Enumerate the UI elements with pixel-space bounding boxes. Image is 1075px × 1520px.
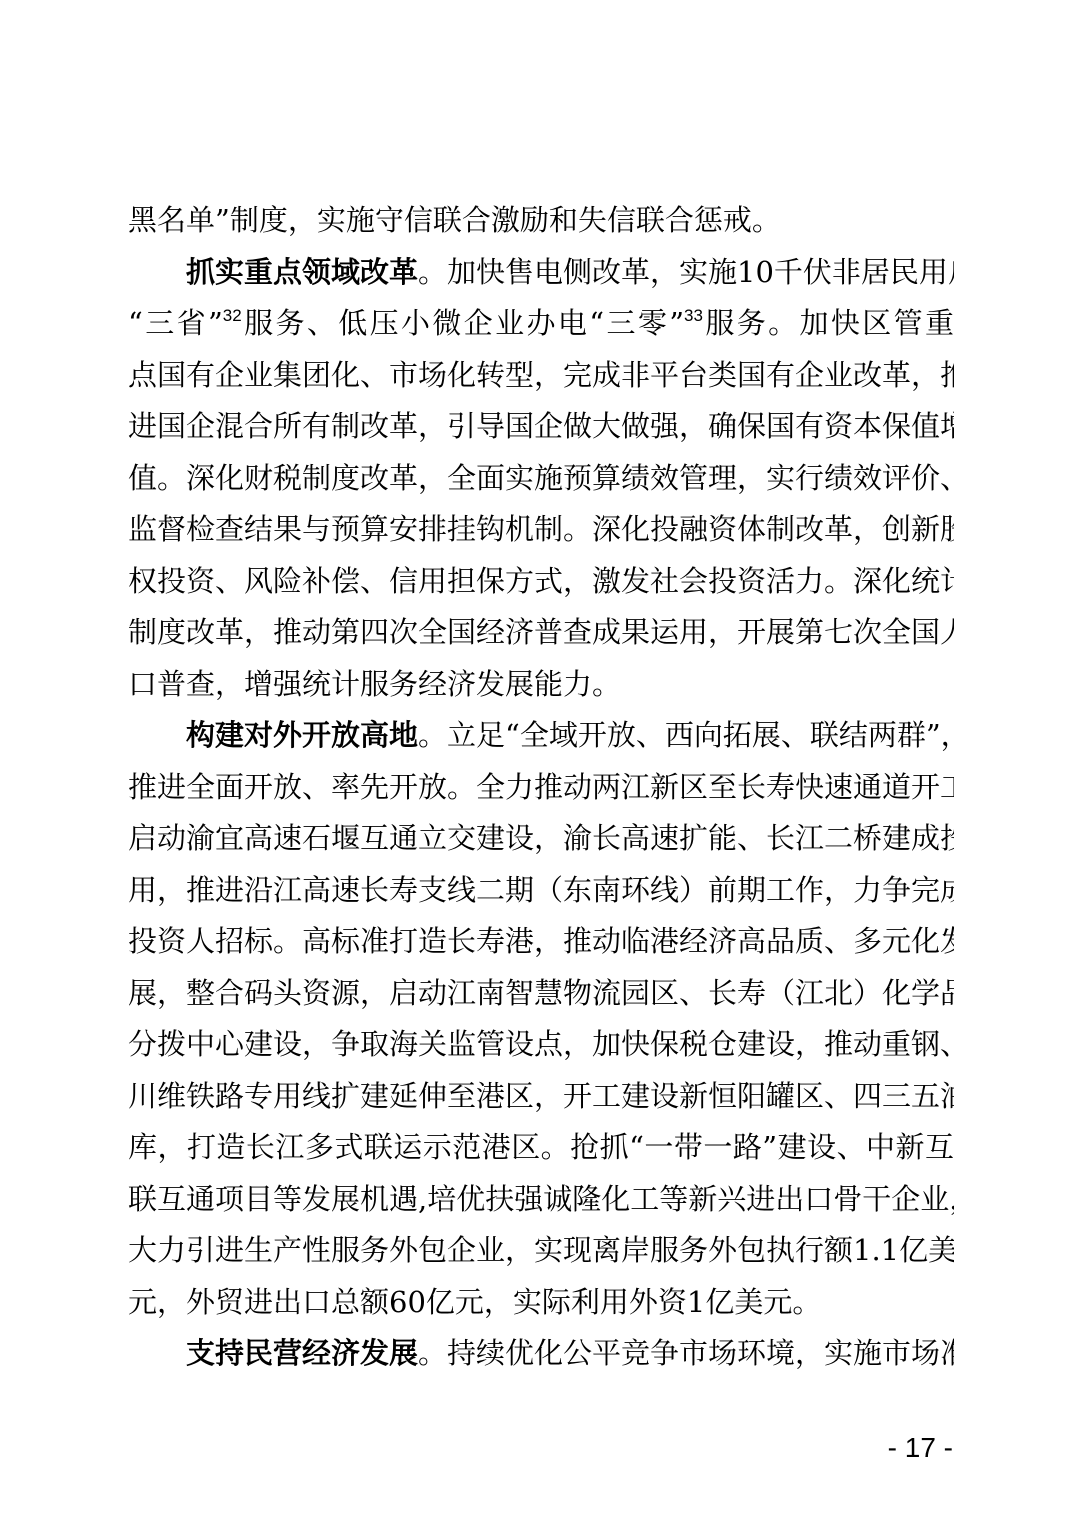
text-line: 启动渝宜高速石堰互通立交建设，渝长高速扩能、长江二桥建成投	[128, 813, 954, 865]
paragraph-start: 抓实重点领域改革。加快售电侧改革，实施10千伏非居民用户	[128, 247, 954, 299]
section-heading: 构建对外开放高地	[186, 718, 418, 752]
text-line: 值。深化财税制度改革，全面实施预算绩效管理，实行绩效评价、	[128, 453, 954, 505]
footnote-ref[interactable]: 32	[223, 306, 242, 325]
text-run: 。立足“全域开放、西向拓展、联结两群”，	[418, 718, 954, 752]
text-line: 分拨中心建设，争取海关监管设点，加快保税仓建设，推动重钢、	[128, 1019, 954, 1071]
document-body: 黑名单”制度，实施守信联合激励和失信联合惩戒。 抓实重点领域改革。加快售电侧改革…	[128, 195, 954, 1380]
footnote-ref[interactable]: 33	[684, 306, 703, 325]
text-line: 进国企混合所有制改革，引导国企做大做强，确保国有资本保值增	[128, 401, 954, 453]
text-line: 库，打造长江多式联运示范港区。抢抓“一带一路”建设、中新互	[128, 1122, 954, 1174]
text-line: 权投资、风险补偿、信用担保方式，激发社会投资活力。深化统计	[128, 556, 954, 608]
page-number: - 17 -	[888, 1432, 953, 1464]
text-line: 联互通项目等发展机遇,培优扶强诚隆化工等新兴进出口骨干企业，	[128, 1174, 954, 1226]
text-line: 投资人招标。高标准打造长寿港，推动临港经济高品质、多元化发	[128, 916, 954, 968]
text-line: 元，外贸进出口总额60亿元，实际利用外资1亿美元。	[128, 1277, 954, 1329]
text-line: 推进全面开放、率先开放。全力推动两江新区至长寿快速通道开工。	[128, 762, 954, 814]
paragraph-start: 支持民营经济发展。持续优化公平竞争市场环境，实施市场准	[128, 1328, 954, 1380]
text-run: 。加快售电侧改革，实施10千伏非居民用户	[418, 255, 954, 289]
text-line: 监督检查结果与预算安排挂钩机制。深化投融资体制改革，创新股	[128, 504, 954, 556]
text-run: 。持续优化公平竞争市场环境，实施市场准	[418, 1336, 954, 1370]
text-line: 口普查，增强统计服务经济发展能力。	[128, 659, 954, 711]
text-line: 展，整合码头资源，启动江南智慧物流园区、长寿（江北）化学品	[128, 968, 954, 1020]
text-line: 制度改革，推动第四次全国经济普查成果运用，开展第七次全国人	[128, 607, 954, 659]
text-line: 川维铁路专用线扩建延伸至港区，开工建设新恒阳罐区、四三五油	[128, 1071, 954, 1123]
text-run: “三省”	[128, 306, 223, 340]
text-line: 黑名单”制度，实施守信联合激励和失信联合惩戒。	[128, 195, 954, 247]
text-run: 服务、低压小微企业办电“三零”	[242, 306, 684, 340]
text-line-footnotes: “三省”32服务、低压小微企业办电“三零”33服务。加快区管重	[128, 298, 954, 350]
text-run: 服务。加快区管重	[703, 306, 954, 340]
text-line: 用，推进沿江高速长寿支线二期（东南环线）前期工作，力争完成	[128, 865, 954, 917]
section-heading: 支持民营经济发展	[186, 1336, 418, 1370]
section-heading: 抓实重点领域改革	[186, 255, 418, 289]
text-line: 大力引进生产性服务外包企业，实现离岸服务外包执行额1.1亿美	[128, 1225, 954, 1277]
paragraph-start: 构建对外开放高地。立足“全域开放、西向拓展、联结两群”，	[128, 710, 954, 762]
text-line: 点国有企业集团化、市场化转型，完成非平台类国有企业改革，推	[128, 350, 954, 402]
